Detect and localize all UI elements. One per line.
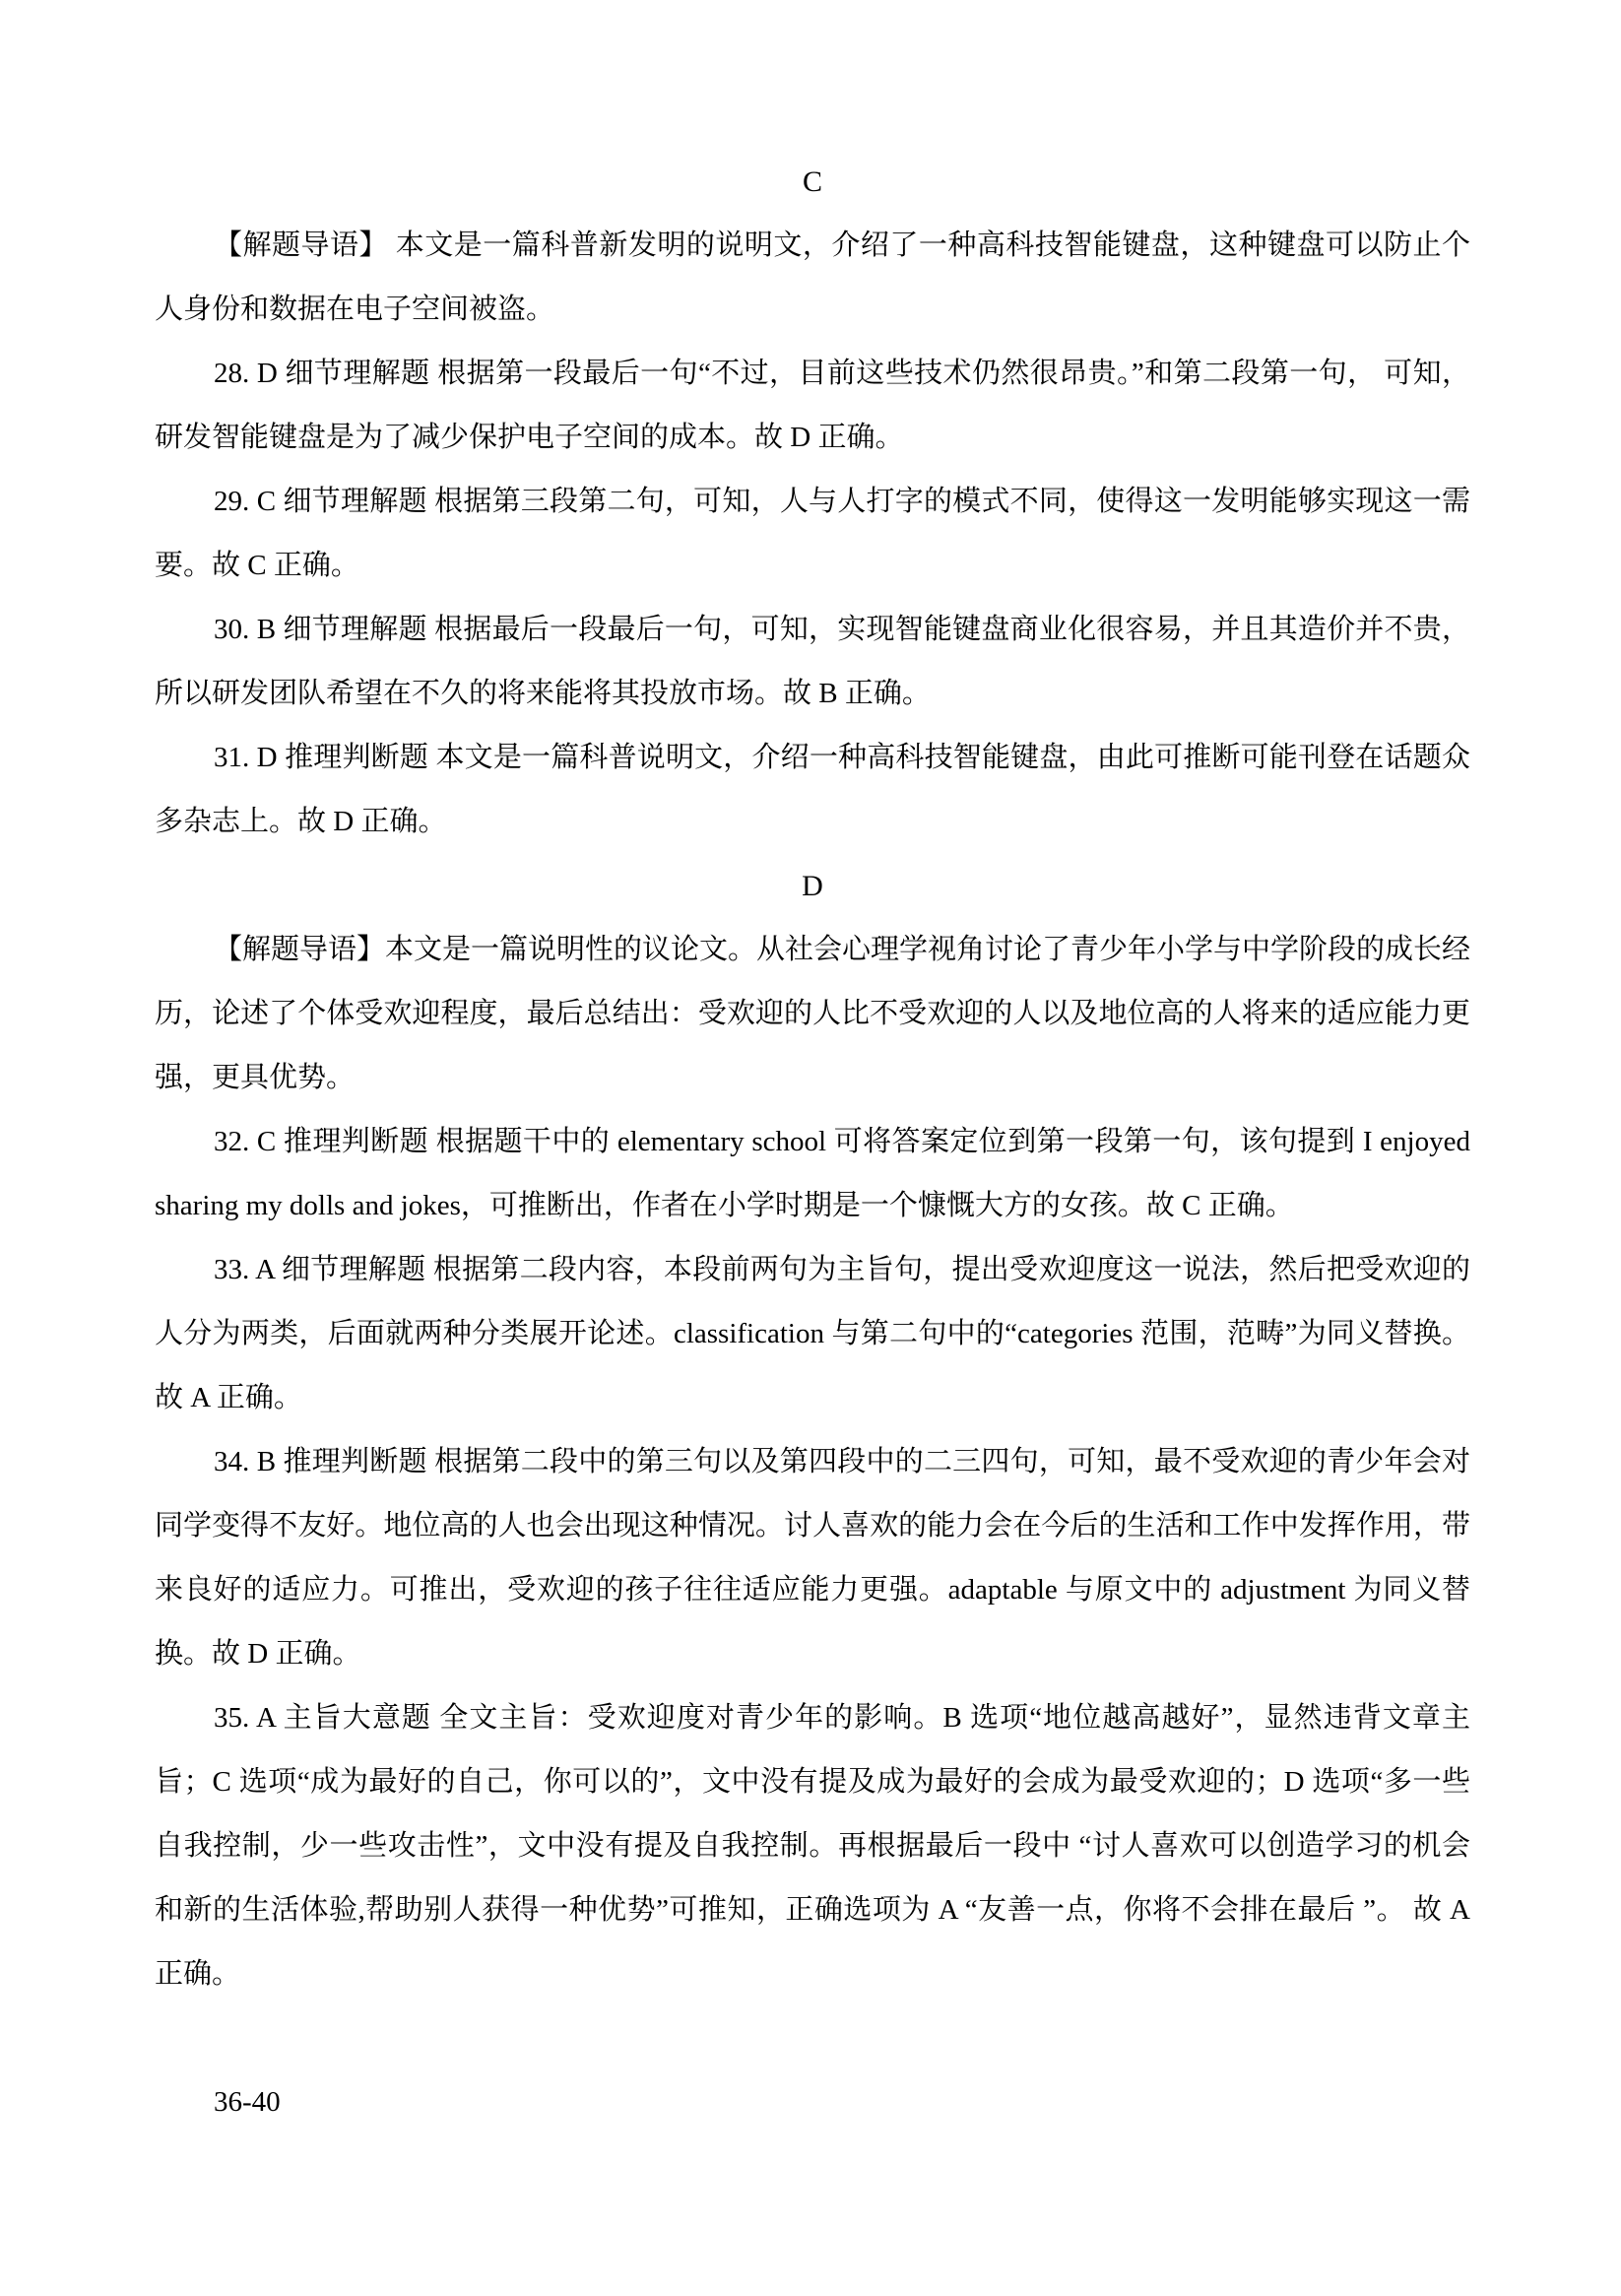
answer-explanation-30: 30. B 细节理解题 根据最后一段最后一句，可知，实现智能键盘商业化很容易，并… xyxy=(155,598,1470,726)
answer-explanation-32: 32. C 推理判断题 根据题干中的 elementary school 可将答… xyxy=(155,1110,1470,1238)
answer-explanation-34: 34. B 推理判断题 根据第二段中的第三句以及第四段中的二三四句，可知，最不受… xyxy=(155,1430,1470,1686)
answer-explanation-28: 28. D 细节理解题 根据第一段最后一句“不过，目前这些技术仍然很昂贵。”和第… xyxy=(155,342,1470,470)
answer-explanation-33: 33. A 细节理解题 根据第二段内容，本段前两句为主旨句，提出受欢迎度这一说法… xyxy=(155,1238,1470,1430)
text-column: C 【解题导语】 本文是一篇科普新发明的说明文，介绍了一种高科技智能键盘，这种键… xyxy=(155,150,1470,2134)
section-heading-d: D xyxy=(155,854,1470,918)
answer-explanation-31: 31. D 推理判断题 本文是一篇科普说明文，介绍一种高科技智能键盘，由此可推断… xyxy=(155,726,1470,854)
document-page: C 【解题导语】 本文是一篇科普新发明的说明文，介绍了一种高科技智能键盘，这种键… xyxy=(0,0,1621,2296)
question-range-label: 36-40 xyxy=(155,2070,1470,2134)
section-heading-c: C xyxy=(155,150,1470,214)
answer-explanation-35: 35. A 主旨大意题 全文主旨：受欢迎度对青少年的影响。B 选项“地位越高越好… xyxy=(155,1686,1470,2006)
answer-explanation-29: 29. C 细节理解题 根据第三段第二句，可知，人与人打字的模式不同，使得这一发… xyxy=(155,470,1470,598)
guide-note-section-d: 【解题导语】本文是一篇说明性的议论文。从社会心理学视角讨论了青少年小学与中学阶段… xyxy=(155,918,1470,1110)
guide-note-section-c: 【解题导语】 本文是一篇科普新发明的说明文，介绍了一种高科技智能键盘，这种键盘可… xyxy=(155,214,1470,342)
